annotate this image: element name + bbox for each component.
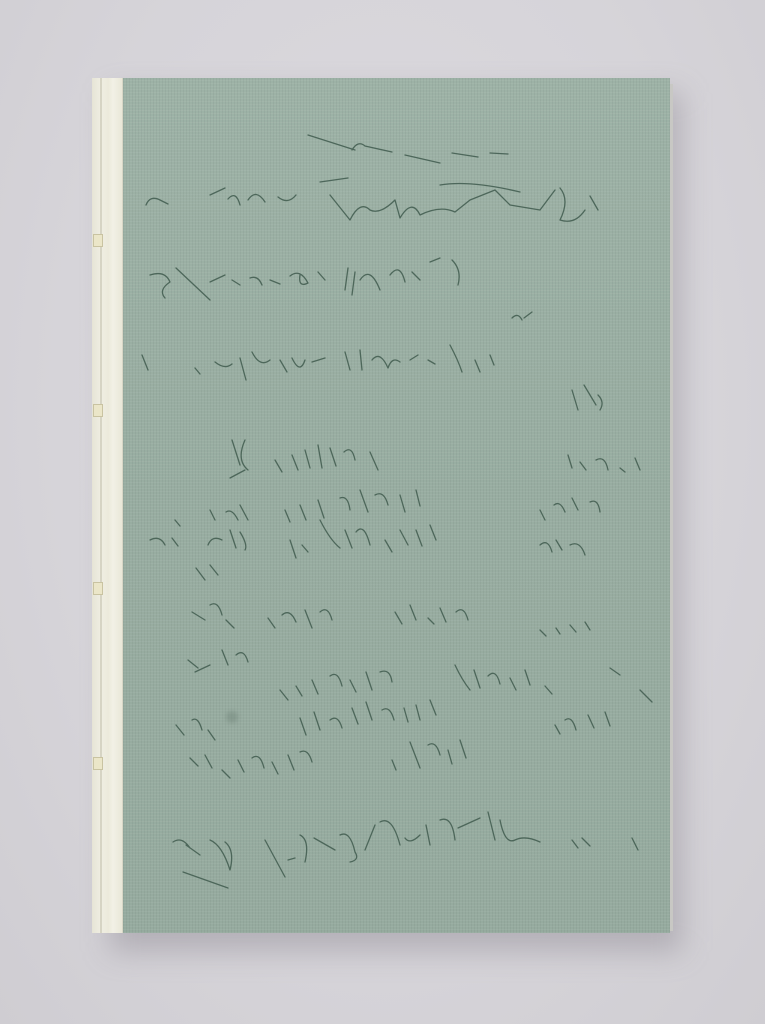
cover-stain <box>226 711 238 723</box>
book-cover <box>123 78 670 933</box>
spine-tab <box>93 757 103 770</box>
spine-tab <box>93 582 103 595</box>
spine-tab <box>93 234 103 247</box>
page-edge <box>670 84 673 931</box>
book-spine <box>92 78 123 933</box>
spine-groove <box>100 78 102 933</box>
spine-tab <box>93 404 103 417</box>
book <box>92 78 670 933</box>
